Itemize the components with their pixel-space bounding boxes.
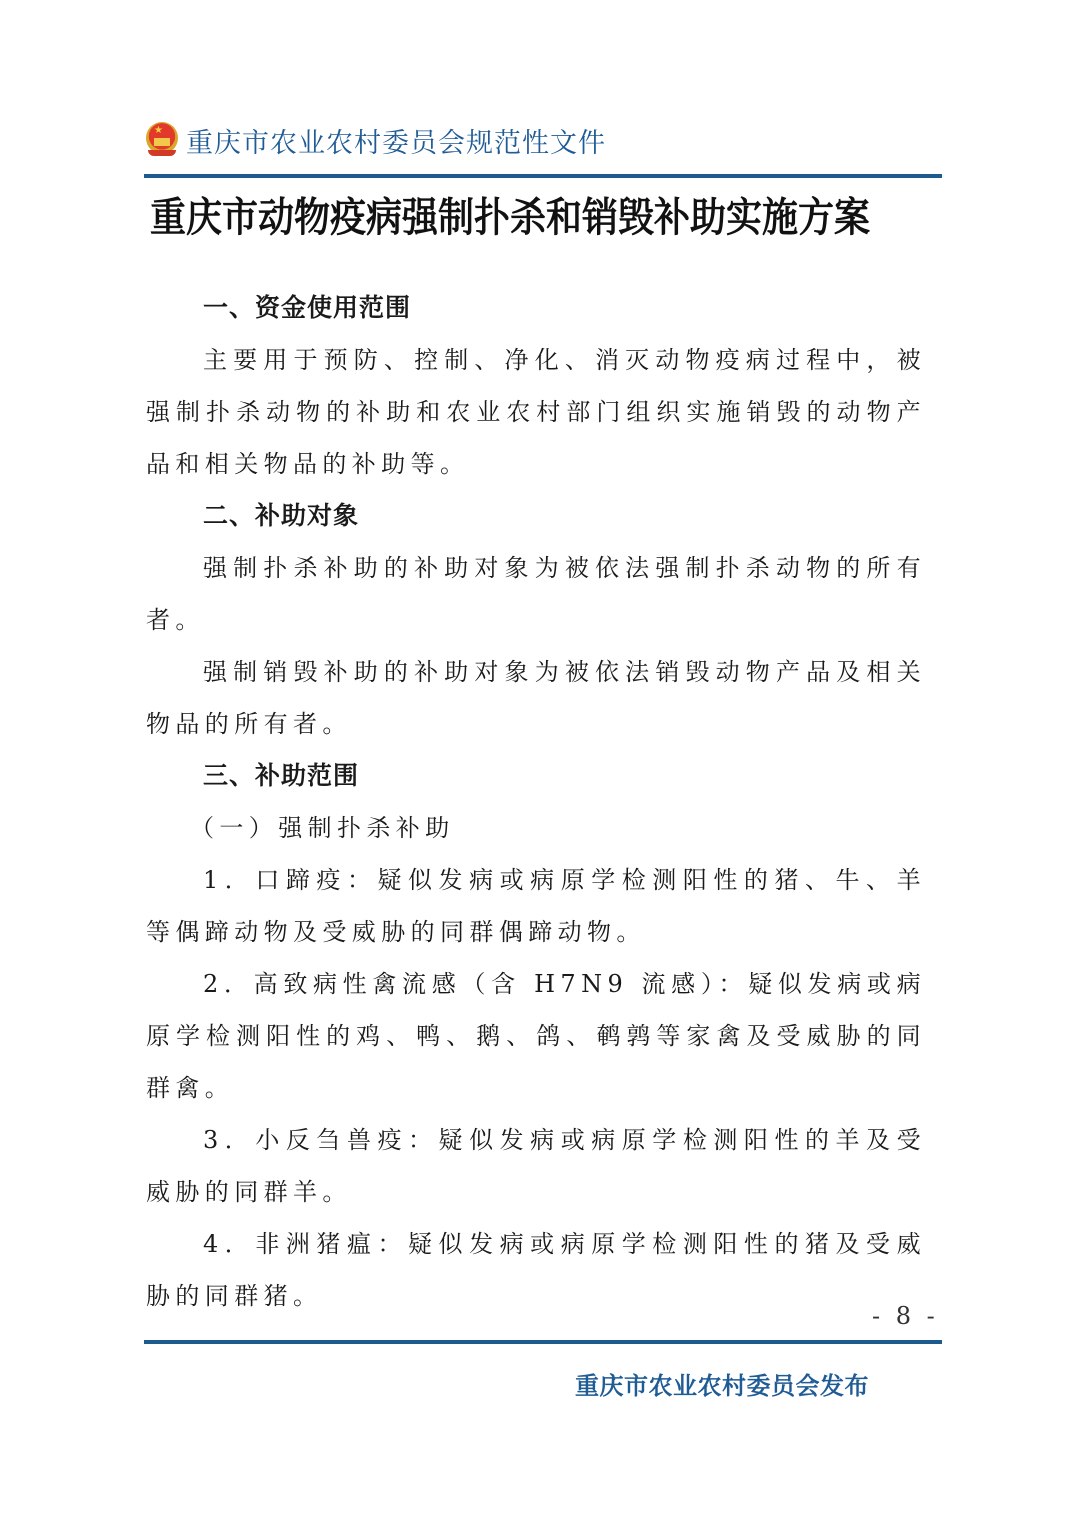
footer-divider xyxy=(144,1340,942,1344)
document-title: 重庆市动物疫病强制扑杀和销毁补助实施方案 xyxy=(150,186,940,243)
list-item: 3．小反刍兽疫：疑似发病或病原学检测阳性的羊及受威胁的同群羊。 xyxy=(146,1114,926,1218)
paragraph: 强制销毁补助的补助对象为被依法销毁动物产品及相关物品的所有者。 xyxy=(146,646,926,750)
section-heading: 三、补助范围 xyxy=(146,750,926,802)
page-number: - 8 - xyxy=(872,1302,939,1330)
section-heading: 一、资金使用范围 xyxy=(146,282,926,334)
header-divider xyxy=(144,174,942,178)
header-title: 重庆市农业农村委员会规范性文件 xyxy=(186,121,606,160)
paragraph: 主要用于预防、控制、净化、消灭动物疫病过程中，被强制扑杀动物的补助和农业农村部门… xyxy=(146,334,926,490)
list-item: 4．非洲猪瘟：疑似发病或病原学检测阳性的猪及受威胁的同群猪。 xyxy=(146,1218,926,1322)
document-header: ★ 重庆市农业农村委员会规范性文件 xyxy=(144,120,606,160)
list-item: 2．高致病性禽流感（含 H7N9 流感）：疑似发病或病原学检测阳性的鸡、鸭、鹅、… xyxy=(146,958,926,1114)
list-item: 1．口蹄疫：疑似发病或病原学检测阳性的猪、牛、羊等偶蹄动物及受威胁的同群偶蹄动物… xyxy=(146,854,926,958)
footer-publisher: 重庆市农业农村委员会发布 xyxy=(575,1366,869,1401)
document-body: 一、资金使用范围 主要用于预防、控制、净化、消灭动物疫病过程中，被强制扑杀动物的… xyxy=(146,282,926,1322)
section-heading: 二、补助对象 xyxy=(146,490,926,542)
national-emblem-icon: ★ xyxy=(144,120,180,160)
paragraph: 强制扑杀补助的补助对象为被依法强制扑杀动物的所有者。 xyxy=(146,542,926,646)
subsection-heading: （一）强制扑杀补助 xyxy=(146,802,926,854)
